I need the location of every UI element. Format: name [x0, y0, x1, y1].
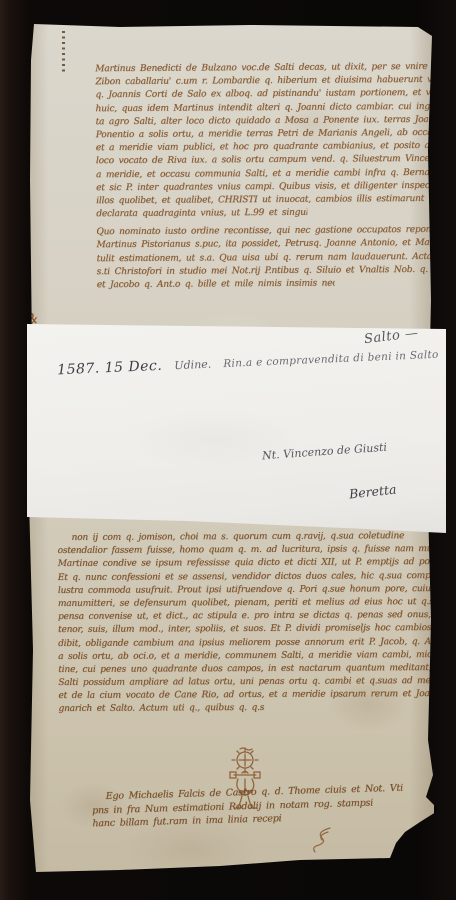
- script-line: s.ti Christofori in studio mei Not.rij P…: [97, 264, 437, 280]
- upper-script-block: Martinus Benedicti de Bulzano voc.de Sal…: [95, 61, 437, 293]
- paraph-flourish-icon: [311, 826, 333, 854]
- script-line: tenor, suis, illum mod., inter, spoliis,…: [58, 622, 432, 637]
- lower-script-block: non ij com q. jomison, choi ma s. quorum…: [58, 530, 433, 717]
- archival-slip: Salto — 1587. 15 Dec. Udine. Rin.a e com…: [27, 321, 446, 535]
- slip-date: 1587. 15 Dec.: [57, 358, 163, 379]
- stitch-holes: [62, 31, 65, 73]
- script-line: et de la cium vocato de Cane Rio, ad ort…: [58, 688, 432, 703]
- slip-place: Udine.: [174, 358, 211, 373]
- script-line: declarata quadraginta vnius, ut L.99 et …: [96, 207, 307, 222]
- script-line: gnarich et Salto. Actum uti q., quibus q…: [58, 702, 264, 716]
- slip-summary: Rin.a e compravendita di beni in Salto: [223, 349, 439, 370]
- closing-attestation-block: Ego Michaelis Falcis de Castro q. d. Tho…: [91, 782, 404, 831]
- slip-date-line: 1587. 15 Dec. Udine. Rin.a e compravendi…: [57, 343, 439, 379]
- photo-frame: Martinus Benedicti de Bulzano voc.de Sal…: [0, 0, 456, 900]
- slip-countersignature: Beretta: [348, 482, 397, 502]
- script-line: illos quolibet, et qualibet, CHRISTI ut …: [96, 193, 436, 209]
- slip-signature: Nt. Vincenzo de Giusti: [262, 441, 388, 463]
- script-line: et Jacobo q. Ant.o q. bille et mile nimi…: [97, 278, 335, 293]
- script-line: Martinae condive se ipsum refessisse qui…: [58, 556, 432, 571]
